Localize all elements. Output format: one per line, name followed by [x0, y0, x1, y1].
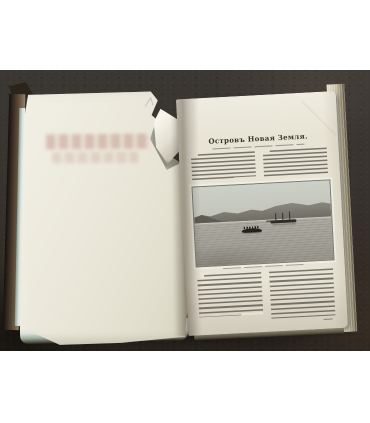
right-page: Островъ Новая Земля. [176, 91, 348, 336]
page-title: Островъ Новая Земля. [178, 131, 338, 146]
photo-canvas: Островъ Новая Земля. [0, 0, 370, 423]
plate-photo [191, 179, 334, 267]
text-column [197, 272, 263, 317]
showthrough-text [46, 134, 150, 150]
cloth-background: Островъ Новая Земля. [0, 70, 370, 351]
text-column [269, 268, 335, 318]
lower-text-columns [197, 268, 335, 322]
short-line-end [241, 312, 263, 315]
text-column [191, 151, 256, 181]
upper-text-columns [191, 148, 328, 182]
pencil-inscription [142, 94, 166, 112]
paragraph-indent [263, 151, 270, 153]
rowboat [242, 228, 262, 233]
text-column [263, 148, 328, 178]
short-line-end [234, 177, 256, 180]
showthrough-text [52, 152, 138, 164]
column-end-mark [324, 318, 333, 320]
paragraph-indent [191, 154, 198, 156]
paragraph-indent [197, 275, 204, 277]
water [194, 216, 333, 266]
